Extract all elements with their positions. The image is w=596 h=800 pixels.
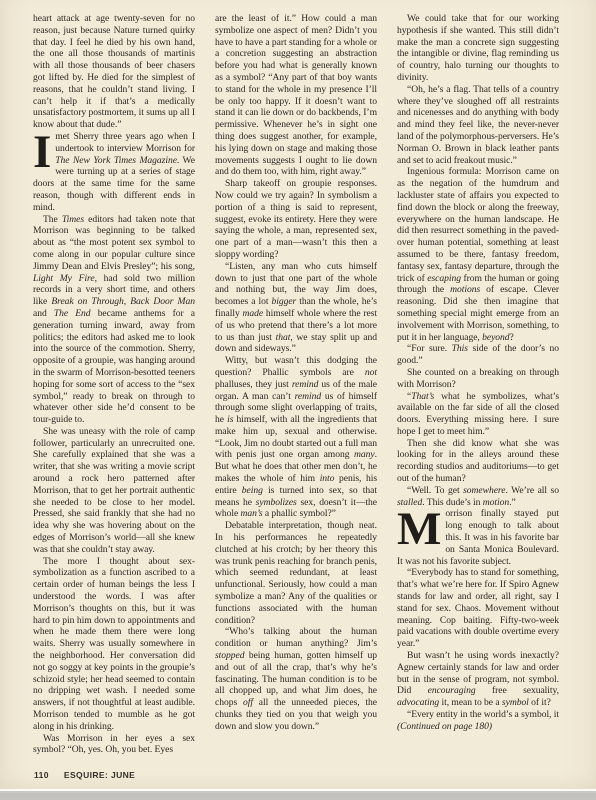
body-text: Witty, but wasn’t this dodging the quest… xyxy=(215,355,377,378)
body-text: ? xyxy=(510,332,514,343)
paragraph: The Times editors had taken note that Mo… xyxy=(33,214,195,426)
paragraph: Ingenious formula: Morrison came on as t… xyxy=(397,166,559,343)
article-body: heart attack at age twenty-seven for no … xyxy=(0,0,596,761)
body-text: of it? xyxy=(529,697,551,708)
body-text: are the least of it.” How could a man sy… xyxy=(215,13,377,177)
italic-text: Break on Through xyxy=(51,296,123,307)
paragraph: Witty, but wasn’t this dodging the quest… xyxy=(215,355,377,520)
body-text: . This dude’s in xyxy=(422,497,483,508)
italic-text: man’s xyxy=(241,508,263,519)
paragraph: Imet Sherry three years ago when I under… xyxy=(33,131,195,214)
page-number: 110 xyxy=(34,770,49,780)
italic-text: bigger xyxy=(271,296,296,307)
italic-text: beyond xyxy=(482,332,509,343)
italic-text: remind xyxy=(292,379,319,390)
italic-text: made xyxy=(242,308,263,319)
paragraph: heart attack at age twenty-seven for no … xyxy=(33,13,195,131)
body-text: Debatable interpretation, though neat. I… xyxy=(215,520,377,625)
paragraph: “For sure. This side of the door’s no go… xyxy=(397,343,559,367)
body-text: “Everybody has to stand for something, t… xyxy=(397,567,559,649)
italic-text: That’s xyxy=(411,391,434,402)
text-column-2: are the least of it.” How could a man sy… xyxy=(215,13,377,761)
italic-text: This xyxy=(452,343,468,354)
body-text: “Every entity in the world’s a symbol, i… xyxy=(407,709,559,720)
paragraph: The more I thought about sex-symbolizati… xyxy=(33,556,195,733)
body-text: .” xyxy=(509,497,516,508)
italic-text: off xyxy=(243,697,253,708)
body-text: “Oh, he’s a flag. That tells of a countr… xyxy=(397,84,559,166)
body-text: We could take that for our working hypot… xyxy=(397,13,559,83)
body-text: “For sure. xyxy=(407,343,452,354)
italic-text: stopped xyxy=(215,650,245,661)
magazine-page: heart attack at age twenty-seven for no … xyxy=(0,0,596,789)
text-column-1: heart attack at age twenty-seven for no … xyxy=(33,13,195,761)
italic-text: encouraging xyxy=(428,685,476,696)
italic-text: Light My Fire xyxy=(33,273,95,284)
paragraph: are the least of it.” How could a man sy… xyxy=(215,13,377,178)
italic-text: motions xyxy=(450,284,480,295)
body-text: phalluses, they just xyxy=(215,379,292,390)
paragraph: We could take that for our working hypot… xyxy=(397,13,559,84)
body-text: it, mean to be a xyxy=(439,697,502,708)
body-text: Then she did know what she was looking f… xyxy=(397,438,559,484)
paragraph: “Well. To get somewhere. We’re all so st… xyxy=(397,485,559,509)
italic-text: somewhere xyxy=(463,485,505,496)
drop-cap: M xyxy=(397,511,441,548)
paragraph: Sharp takeoff on groupie responses. Now … xyxy=(215,178,377,261)
italic-text: The End xyxy=(54,308,91,319)
body-text: She was uneasy with the role of camp fol… xyxy=(33,426,195,555)
body-text: The more I thought about sex-symbolizati… xyxy=(33,556,195,732)
body-text: and xyxy=(33,308,54,319)
italic-text: Times xyxy=(62,214,84,225)
paragraph: “Everybody has to stand for something, t… xyxy=(397,567,559,650)
body-text: met Sherry three years ago when I undert… xyxy=(55,131,195,154)
body-text: heart attack at age twenty-seven for no … xyxy=(33,13,195,130)
body-text: himself, with all the ingredients that m… xyxy=(215,414,377,460)
paragraph: She was uneasy with the role of camp fol… xyxy=(33,426,195,556)
paragraph: Debatable interpretation, though neat. I… xyxy=(215,520,377,626)
body-text: Was Morrison in her eyes a sex symbol? “… xyxy=(33,733,195,756)
italic-text: escaping xyxy=(427,273,461,284)
italic-text: Back Door Man xyxy=(130,296,195,307)
body-text: Ingenious formula: Morrison came on as t… xyxy=(397,166,559,283)
body-text: free sexuality, xyxy=(476,685,559,696)
text-column-3: We could take that for our working hypot… xyxy=(397,13,559,761)
body-text: . We’re all so xyxy=(505,485,559,496)
italic-text: stalled xyxy=(397,497,422,508)
body-text: The xyxy=(43,214,62,225)
paragraph: But wasn’t he using words inexactly? Agn… xyxy=(397,650,559,709)
italic-text: into xyxy=(320,473,335,484)
italic-text: being xyxy=(242,485,263,496)
magazine-issue-label: ESQUIRE: JUNE xyxy=(64,770,135,780)
body-text: a phallic symbol?” xyxy=(263,508,336,519)
paragraph: “Who’s talking about the human condition… xyxy=(215,626,377,732)
paragraph: “That’s what he symbolizes, what’s avail… xyxy=(397,391,559,438)
body-text: “Who’s talking about the human condition… xyxy=(215,626,377,649)
paragraph: Was Morrison in her eyes a sex symbol? “… xyxy=(33,733,195,757)
paragraph: She counted on a breaking on through wit… xyxy=(397,367,559,391)
body-text: “Well. To get xyxy=(407,485,463,496)
italic-text: not xyxy=(365,367,377,378)
italic-text: remind xyxy=(295,391,322,402)
paragraph: “Oh, he’s a flag. That tells of a countr… xyxy=(397,84,559,167)
body-text: She counted on a breaking on through wit… xyxy=(397,367,559,390)
body-text: Sharp takeoff on groupie responses. Now … xyxy=(215,178,377,260)
italic-text: advocating xyxy=(397,697,439,708)
italic-text: symbol xyxy=(502,697,529,708)
italic-text: symbolizes xyxy=(256,497,297,508)
paragraph: Then she did know what she was looking f… xyxy=(397,438,559,485)
page-footer: 110 ESQUIRE: JUNE xyxy=(34,770,135,780)
paragraph: Morrison finally stayed put long enough … xyxy=(397,508,559,567)
italic-text: motion xyxy=(483,497,509,508)
italic-text: (Continued on page 180) xyxy=(397,721,492,732)
paragraph: “Every entity in the world’s a symbol, i… xyxy=(397,709,559,733)
italic-text: that xyxy=(276,332,291,343)
scan-bottom-edge xyxy=(0,793,596,800)
italic-text: many xyxy=(354,449,375,460)
italic-text: The New York Times Magazine xyxy=(55,155,177,166)
body-text: became anthems for a generation turning … xyxy=(33,308,195,425)
drop-cap: I xyxy=(33,134,51,171)
paragraph: “Listen, any man who cuts himself down t… xyxy=(215,261,377,355)
